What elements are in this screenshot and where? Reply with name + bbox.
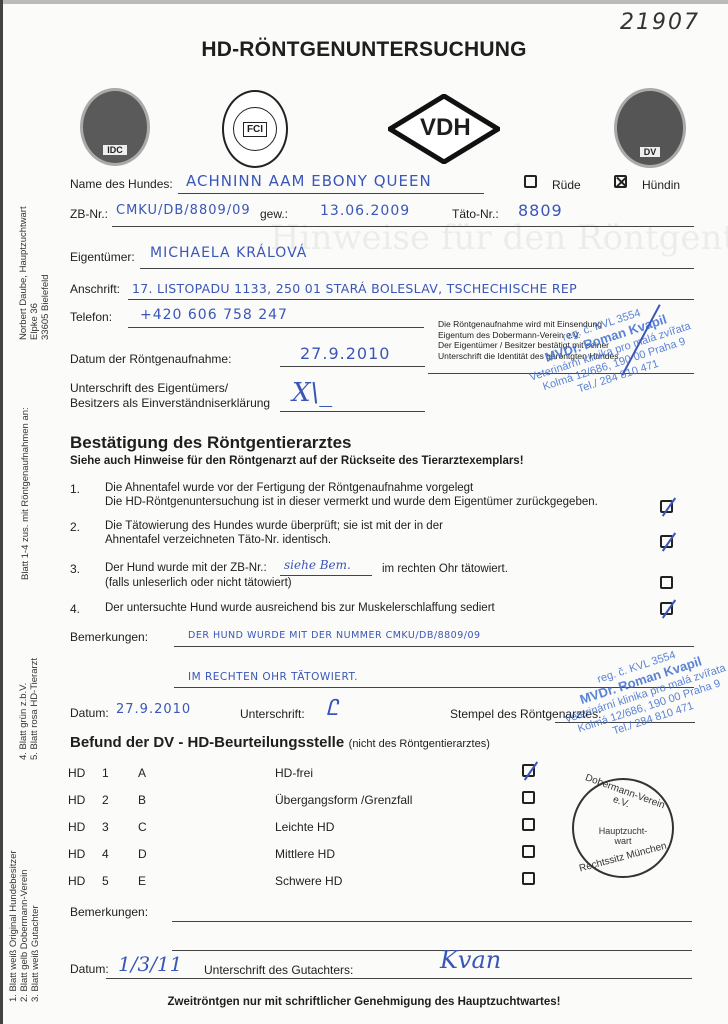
vet-remarks-line-1[interactable]: DER HUND WURDE MIT DER NUMMER CMKU/DB/88… [188,630,481,641]
vet-section-subheading: Siehe auch Hinweise für den Röntgenarzt … [70,455,524,467]
vet-stamp-bottom: reg. č. KVL 3554MVDr. Roman KvapilVeteri… [554,635,728,751]
vet-remarks-label: Bemerkungen: [70,630,148,644]
address-label: Anschrift: [70,282,120,296]
hd-grade-row: HD4DMittlere HD [68,845,548,865]
hd-grade-row: HD2BÜbergangsform /Grenzfall [68,791,548,811]
reference-number: 21907 [620,10,700,35]
vet-stamp-top: reg. č. KVL 3554MVDr. Roman KvapilVeteri… [514,292,706,411]
vet-date-label: Datum: [70,706,109,720]
item-1-number: 1. [70,482,80,496]
xray-date-label: Datum der Röntgenaufnahme: [70,352,231,366]
hd-grade-checkbox[interactable] [522,872,535,885]
zb-field[interactable]: CMKU/DB/8809/09 [116,203,251,218]
hd-letter: B [138,793,146,807]
hd-grade-row: HD5ESchwere HD [68,872,548,892]
page-title: HD-RÖNTGENUNTERSUCHUNG [0,38,728,62]
hd-grade-row: HD1AHD-frei [68,764,548,784]
vet-signature-label: Unterschrift: [240,707,305,721]
item-3-number: 3. [70,562,80,576]
dv-remarks-label: Bemerkungen: [70,905,148,919]
hd-label: HD [68,820,85,834]
hd-label: HD [68,847,85,861]
hd-grade-row: HD3CLeichte HD [68,818,548,838]
item-2-text: Die Tätowierung des Hundes wurde überprü… [105,519,443,547]
sidebar-send-note: Blatt 1-4 zus. mit Röntgenaufnahmen an: [20,407,31,580]
vet-section-heading: Bestätigung des Röntgentierarztes [70,433,352,453]
item-2-checkbox[interactable] [660,535,673,548]
hd-label: HD [68,766,85,780]
fci-logo: FCI [222,90,288,168]
dog-name-field[interactable]: ACHNINN AAM EBONY QUEEN [186,172,432,190]
phone-label: Telefon: [70,310,112,324]
hd-label: HD [68,793,85,807]
hd-number: 2 [102,793,109,807]
hd-description: HD-frei [275,766,313,780]
item-3-zb-field[interactable]: siehe Bem. [284,558,351,572]
phone-field[interactable]: +420 606 758 247 [140,307,288,323]
owner-label: Eigentümer: [70,250,135,264]
vdh-logo: VDH [388,94,500,164]
dv-logo: DV [614,88,686,168]
tattoo-field[interactable]: 8809 [518,201,563,220]
scan-left-edge [0,0,3,1024]
hd-number: 3 [102,820,109,834]
item-1-checkbox[interactable] [660,500,673,513]
hd-number: 5 [102,874,109,888]
hd-number: 4 [102,847,109,861]
item-3-checkbox[interactable] [660,576,673,589]
hd-letter: E [138,874,146,888]
hd-description: Übergangsform /Grenzfall [275,793,412,807]
hd-grade-checkbox[interactable] [522,764,535,777]
sidebar-copies-b: 1. Blatt weiß Original Hundebesitzer2. B… [8,850,41,1002]
female-label: Hündin [642,178,680,192]
dv-date-label: Datum: [70,962,109,976]
zb-label: ZB-Nr.: [70,207,108,221]
sidebar-copies-a: 4. Blatt grün z.b.V.5. Blatt rosa HD-Tie… [18,658,40,760]
dog-name-label: Name des Hundes: [70,177,173,191]
vet-remarks-line-2[interactable]: IM RECHTEN OHR TÄTOWIERT. [188,671,358,683]
footer-note: Zweitröntgen nur mit schriftlicher Geneh… [0,996,728,1008]
item-4-text: Der untersuchte Hund wurde ausreichend b… [105,601,495,615]
hd-letter: A [138,766,146,780]
address-field[interactable]: 17. LISTOPADU 1133, 250 01 STARÁ BOLESLA… [132,281,577,296]
item-1-text: Die Ahnentafel wurde vor der Fertigung d… [105,481,598,509]
item-4-number: 4. [70,602,80,616]
owner-signature[interactable]: X\_ [292,378,332,408]
female-checkbox[interactable] [614,175,627,188]
item-2-number: 2. [70,520,80,534]
item-3-text-a: Der Hund wurde mit der ZB-Nr.: [105,561,267,575]
item-3-text-b: im rechten Ohr tätowiert. [382,562,508,576]
male-label: Rüde [552,178,581,192]
hd-number: 1 [102,766,109,780]
club-stamp: Dobermann-Verein e.V. Hauptzucht- wart R… [572,778,674,878]
xray-date-field[interactable]: 27.9.2010 [300,344,390,363]
vet-signature[interactable]: Ꮭ [326,696,338,721]
vet-date-field[interactable]: 27.9.2010 [116,702,191,717]
dv-signature[interactable]: Kvan [440,946,501,974]
item-3-text-c: (falls unleserlich oder nicht tätowiert) [105,576,292,590]
scan-edge [0,0,728,4]
hd-grade-checkbox[interactable] [522,818,535,831]
idc-logo: IDC [80,88,150,166]
sidebar-address: Norbert Daube, HauptzuchtwartElpke 36336… [18,206,51,340]
tattoo-label: Täto-Nr.: [452,207,499,221]
hd-letter: D [138,847,147,861]
hd-description: Schwere HD [275,874,342,888]
ghost-text: Hinweise für den Röntgentierarzt [270,218,728,258]
owner-field[interactable]: MICHAELA KRÁLOVÁ [150,245,307,261]
born-field[interactable]: 13.06.2009 [320,203,410,219]
hd-grade-checkbox[interactable] [522,845,535,858]
dv-signature-label: Unterschrift des Gutachters: [204,963,353,977]
hd-label: HD [68,874,85,888]
male-checkbox[interactable] [524,175,537,188]
hd-description: Leichte HD [275,820,334,834]
hd-description: Mittlere HD [275,847,335,861]
hd-letter: C [138,820,147,834]
owner-signature-label: Unterschrift des Eigentümers/Besitzers a… [70,381,270,411]
dv-date-field[interactable]: 1/3/11 [118,952,182,976]
born-label: gew.: [260,207,288,221]
hd-grade-checkbox[interactable] [522,791,535,804]
item-4-checkbox[interactable] [660,602,673,615]
dv-section-heading: Befund der DV - HD-Beurteilungsstelle (n… [70,734,490,752]
